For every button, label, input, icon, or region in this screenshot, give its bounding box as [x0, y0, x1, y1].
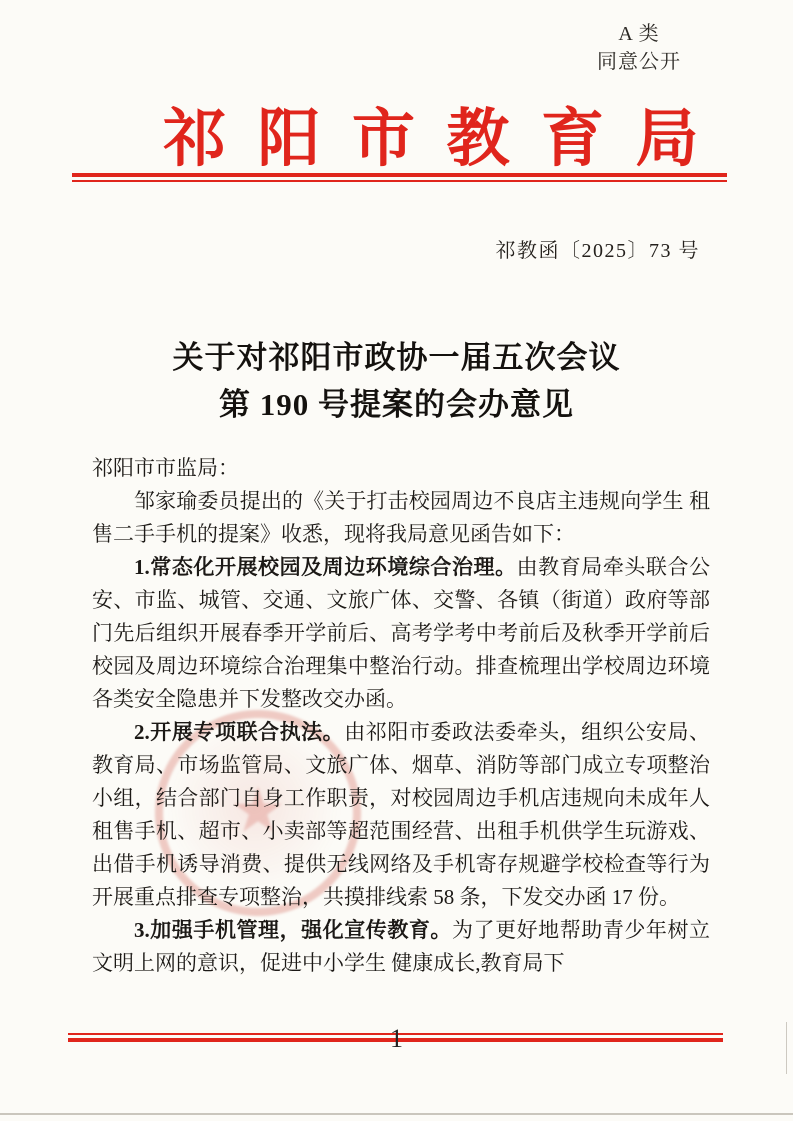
- paragraph-item-1: 1.常态化开展校园及周边环境综合治理。由教育局牵头联合公安、市监、城管、交通、文…: [92, 551, 710, 716]
- paragraph-intro: 邹家瑜委员提出的《关于打击校园周边不良店主违规向学生 租售二手手机的提案》收悉，…: [92, 485, 710, 551]
- document-title: 关于对祁阳市政协一届五次会议 第 190 号提案的会办意见: [0, 334, 793, 428]
- paragraph-lead: 1.常态化开展校园及周边环境综合治理。: [134, 555, 517, 579]
- scanned-document-page: A 类 同意公开 祁阳市教育局 祁教函〔2025〕73 号 关于对祁阳市政协一届…: [0, 0, 793, 1121]
- paragraph-lead: 3.加强手机管理，强化宣传教育。: [134, 918, 452, 942]
- page-right-edge: [786, 1022, 787, 1074]
- document-title-line1: 关于对祁阳市政协一届五次会议: [0, 334, 793, 381]
- classification-category: A 类: [597, 20, 681, 48]
- paragraph-lead: 2.开展专项联合执法。: [134, 720, 344, 744]
- document-title-line2: 第 190 号提案的会办意见: [0, 381, 793, 428]
- paragraph-text: 邹家瑜委员提出的《关于打击校园周边不良店主违规向学生 租售二手手机的提案》收悉，…: [92, 489, 710, 546]
- page-number: 1: [0, 1024, 793, 1054]
- letter-body: 祁阳市市监局： 邹家瑜委员提出的《关于打击校园周边不良店主违规向学生 租售二手手…: [92, 452, 710, 980]
- paragraph-text: 由祁阳市委政法委牵头，组织公安局、教育局、市场监管局、文旅广体、烟草、消防等部门…: [92, 720, 710, 909]
- agency-letterhead: 祁阳市教育局: [0, 88, 793, 179]
- classification-block: A 类 同意公开: [597, 20, 681, 76]
- document-number: 祁教函〔2025〕73 号: [496, 234, 701, 263]
- paragraph-item-2: 2.开展专项联合执法。由祁阳市委政法委牵头，组织公安局、教育局、市场监管局、文旅…: [92, 716, 710, 914]
- paragraph-item-3: 3.加强手机管理，强化宣传教育。为了更好地帮助青少年树立文明上网的意识，促进中小…: [92, 914, 710, 980]
- publicity-label: 同意公开: [597, 48, 681, 76]
- letterhead-double-rule: [72, 173, 727, 182]
- salutation: 祁阳市市监局：: [92, 452, 710, 485]
- page-bottom-edge: [0, 1113, 793, 1115]
